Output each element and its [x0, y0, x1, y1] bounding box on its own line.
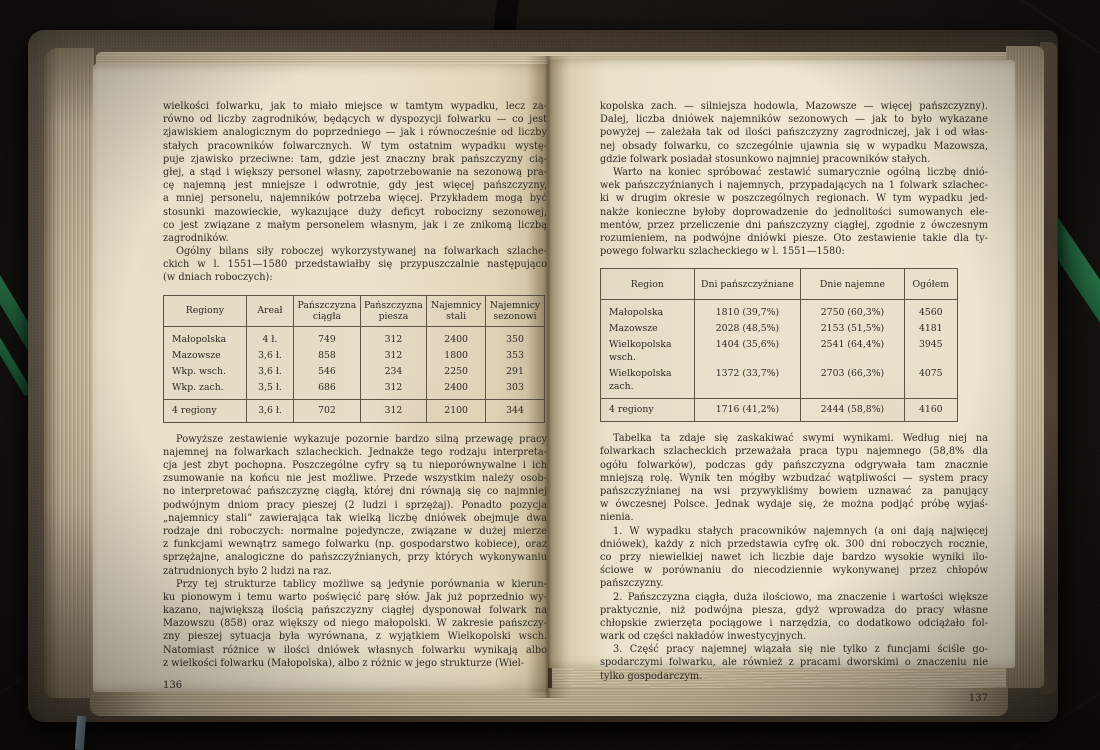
table-cell: 2541 (64,4%) — [800, 337, 903, 366]
table-row: Mazowsze3,6 ł.8583121800353 — [164, 347, 544, 363]
text-line: dniówek), każdy z nich przedstawia cyfrę… — [600, 538, 988, 551]
table-cell: Wkp. wsch. — [164, 363, 246, 379]
text-line: zatrudnionych było 2 ludzi na raz. — [163, 565, 547, 578]
text-line: Tabelka ta zdaje się zaskakiwać swymi wy… — [600, 432, 988, 445]
paragraph: 2. Pańszczyzna ciągła, duża ilościowo, m… — [600, 591, 988, 644]
table-cell: Małopolska — [601, 300, 694, 321]
paragraph: Przy tej strukturze tablicy możliwe są j… — [163, 578, 547, 670]
text-line: tylko gospodarczym. — [600, 670, 988, 683]
text-line: nienia. — [600, 511, 988, 524]
text-line: kopolska zach. — silniejsza hodowla, Maz… — [600, 100, 988, 113]
table-cell: 3,6 ł. — [246, 400, 294, 422]
text-line: Powyższe zestawienie wykazuje pozornie b… — [163, 433, 547, 446]
table-cell: Wielkopolska wsch. — [601, 337, 694, 366]
text-line: stałych pracowników folwarcznych. W tym … — [163, 140, 547, 153]
text-line: Mazowszu (858) oraz większy od niego mał… — [163, 617, 547, 630]
table-cell: Mazowsze — [164, 347, 246, 363]
paragraph: kopolska zach. — silniejsza hodowla, Maz… — [600, 100, 988, 166]
table-row: Mazowsze2028 (48,5%)2153 (51,5%)4181 — [601, 321, 957, 337]
page-left: wielkości folwarku, jak to miało miejsce… — [93, 64, 548, 692]
paragraph: Powyższe zestawienie wykazuje pozornie b… — [163, 433, 547, 578]
table-cell: Najemnicy sezonowi — [485, 296, 544, 326]
paragraph: Warto na koniec spróbować zestawić sumar… — [600, 166, 988, 258]
table-cell: Najemnicy stali — [426, 296, 485, 326]
text-line: ogółu folwarków), podczas gdy pańszczyzn… — [600, 459, 988, 472]
text-line: z wielkości folwarku (Małopolska), albo … — [163, 657, 547, 670]
text-line: „najemnicy stali” zawierająca tak wielką… — [163, 512, 547, 525]
days-summary-table: RegionDni pańszczyźnianeDnie najemneOgół… — [600, 268, 958, 422]
table-cell: Pańszczyzna piesza — [360, 296, 427, 326]
table-cell: Dnie najemne — [800, 269, 903, 299]
page-right: kopolska zach. — silniejsza hodowla, Maz… — [548, 60, 1015, 668]
text-line: wek pańszczyźnianych i najemnych, przypa… — [600, 179, 988, 192]
text-line: zsumowanie na końcu nie jest możliwe. Pr… — [163, 472, 547, 485]
paragraph: wielkości folwarku, jak to miało miejsce… — [163, 100, 547, 245]
table-cell: 312 — [360, 347, 427, 363]
table-cell: 234 — [360, 363, 427, 379]
text-line: cja jest zbyt pochopna. Poszczególne cyf… — [163, 459, 547, 472]
text-line: wark od części nakładów inwestycyjnych. — [600, 630, 988, 643]
table-cell: 291 — [485, 363, 544, 379]
table-total-row: 4 regiony1716 (41,2%)2444 (58,8%)4160 — [601, 398, 957, 421]
table-cell: 3,6 ł. — [246, 363, 294, 379]
text-line: Natomiast różnice w ilości dniówek własn… — [163, 644, 547, 657]
table-cell: 546 — [293, 363, 360, 379]
text-line: 2. Pańszczyzna ciągła, duża ilościowo, m… — [600, 591, 988, 604]
paragraph: 3. Część pracy najemnej wiązała się nie … — [600, 643, 988, 683]
text-line: gdzie folwark posiadał stosunkowo najmni… — [600, 153, 988, 166]
text-column-right: kopolska zach. — silniejsza hodowla, Maz… — [600, 100, 988, 705]
text-line: pańszczyzny. — [600, 577, 988, 590]
table-cell: 4181 — [904, 321, 957, 337]
table-cell: 350 — [485, 327, 544, 348]
text-line: ki w drugim okresie w poszczególnych reg… — [600, 192, 988, 205]
text-line: 3. Część pracy najemnej wiązała się nie … — [600, 643, 988, 656]
table-cell: Małopolska — [164, 327, 246, 348]
table-cell: Ogółem — [904, 269, 957, 299]
text-line: z funkcjami wewnątrz samego folwarku (np… — [163, 538, 547, 551]
text-line: najemnej na folwarkach szlacheckich. Jed… — [163, 446, 547, 459]
text-line: stosunki mazowieckie, wykazujące duży de… — [163, 206, 547, 219]
table-cell: Mazowsze — [601, 321, 694, 337]
page-number-right: 137 — [600, 692, 988, 705]
text-line: rozumieniem, na podwójne dniówki piesze.… — [600, 232, 988, 245]
table-cell: 1800 — [426, 347, 485, 363]
text-line: nej obsady folwarku, co szczególnie ujaw… — [600, 140, 988, 153]
table-cell: Pańszczyzna ciągła — [293, 296, 360, 326]
table-header-row: RegionDni pańszczyźnianeDnie najemneOgół… — [601, 269, 957, 300]
text-line: praktycznie, niż podwójna piesza, gdyż w… — [600, 604, 988, 617]
text-line: chłopskie zwierzęta pociągowe i narzędzi… — [600, 617, 988, 630]
paragraph: 1. W wypadku stałych pracowników najemny… — [600, 525, 988, 591]
table-row: Małopolska4 ł.7493122400350 — [164, 327, 544, 348]
table-cell: 1404 (35,6%) — [694, 337, 801, 366]
table-cell: 858 — [293, 347, 360, 363]
text-line: cę najemną jest mniejsze i odwrotnie, gd… — [163, 179, 547, 192]
table-cell: 4 regiony — [601, 399, 694, 421]
text-line: puje zjawisko przeciwne: tam, gdzie jest… — [163, 153, 547, 166]
text-line: ku pionowym i temu warto poświęcić parę … — [163, 591, 547, 604]
table-header-row: RegionyAreałPańszczyzna ciągłaPańszczyzn… — [164, 296, 544, 327]
table-cell: 1810 (39,7%) — [694, 300, 801, 321]
table-cell: 2400 — [426, 327, 485, 348]
table-cell: 4 ł. — [246, 327, 294, 348]
table-cell: 2250 — [426, 363, 485, 379]
table-cell: 3,5 ł. — [246, 379, 294, 399]
table-cell: 4 regiony — [164, 400, 246, 422]
table-cell: 749 — [293, 327, 360, 348]
paragraph: Ogólny bilans siły roboczej wykorzystywa… — [163, 245, 547, 285]
text-line: Warto na koniec spróbować zestawić sumar… — [600, 166, 988, 179]
text-line: kazano, największą ilością pańszczyzny c… — [163, 604, 547, 617]
table-cell: 686 — [293, 379, 360, 399]
table-row: Małopolska1810 (39,7%)2750 (60,3%)4560 — [601, 300, 957, 321]
table-cell: Wielkopolska zach. — [601, 366, 694, 399]
text-line: a mniej personelu, najemników potrzeba w… — [163, 192, 547, 205]
table-row: Wkp. wsch.3,6 ł.5462342250291 — [164, 363, 544, 379]
text-line: spodarczymi folwarku, ale również z prac… — [600, 656, 988, 669]
text-line: Ogólny bilans siły roboczej wykorzystywa… — [163, 245, 547, 258]
page-edges-left — [44, 48, 94, 698]
table-cell: 4560 — [904, 300, 957, 321]
table-cell: 312 — [360, 327, 427, 348]
table-cell: 4075 — [904, 366, 957, 399]
text-line: sprzężajne, analogiczne do pańszczyźnian… — [163, 551, 547, 564]
text-line: ckich w l. 1551—1580 przedstawiałby się … — [163, 258, 547, 271]
table-cell: 3945 — [904, 337, 957, 366]
table-cell: 1372 (33,7%) — [694, 366, 801, 399]
bookmark-ribbon — [75, 716, 86, 750]
table-cell: 2750 (60,3%) — [800, 300, 903, 321]
table-cell: 312 — [360, 400, 427, 422]
table-cell: 2400 — [426, 379, 485, 399]
text-line: folwarkach szlacheckich przeważała praca… — [600, 445, 988, 458]
table-cell: 2444 (58,8%) — [800, 399, 903, 421]
table-cell: 2153 (51,5%) — [800, 321, 903, 337]
table-row: Wielkopolska zach.1372 (33,7%)2703 (66,3… — [601, 366, 957, 399]
table-cell: Wkp. zach. — [164, 379, 246, 399]
text-line: 1. W wypadku stałych pracowników najemny… — [600, 525, 988, 538]
table-cell: 3,6 ł. — [246, 347, 294, 363]
text-line: równo od liczby zagrodników, będących w … — [163, 113, 547, 126]
table-cell: 303 — [485, 379, 544, 399]
photo-background: wielkości folwarku, jak to miało miejsce… — [0, 0, 1100, 750]
text-line: nakże konieczne byłoby doprowadzenie do … — [600, 206, 988, 219]
text-line: co jest związane z małym personelem włas… — [163, 219, 547, 232]
labor-balance-table: RegionyAreałPańszczyzna ciągłaPańszczyzn… — [163, 295, 545, 423]
text-line: mniejszą rolę. Wynik ten mógłby wzbudzać… — [600, 472, 988, 485]
text-line: zjawiskiem analogicznym do poprzedniego … — [163, 126, 547, 139]
table-body: Małopolska1810 (39,7%)2750 (60,3%)4560 M… — [601, 300, 957, 398]
text-line: głej, a stąd i większy personel własny, … — [163, 166, 547, 179]
table-total-row: 4 regiony3,6 ł.7023122100344 — [164, 399, 544, 422]
table-cell: 2028 (48,5%) — [694, 321, 801, 337]
text-line: Przy tej strukturze tablicy możliwe są j… — [163, 578, 547, 591]
text-line: powego folwarku szlacheckiego w l. 1551—… — [600, 245, 988, 258]
table-body: Małopolska4 ł.7493122400350 Mazowsze3,6 … — [164, 327, 544, 399]
table-cell: 1716 (41,2%) — [694, 399, 801, 421]
text-line: co przy niewielkiej nawet ich liczbie da… — [600, 551, 988, 564]
text-line: zny pieszej sytuacja była wyrównana, z w… — [163, 630, 547, 643]
table-cell: 353 — [485, 347, 544, 363]
text-line: zagrodników. — [163, 232, 547, 245]
table-cell: 702 — [293, 400, 360, 422]
page-number-left: 136 — [163, 679, 547, 692]
text-line: ściowe w porównaniu do niecodziennie wyk… — [600, 564, 988, 577]
table-cell: 2100 — [426, 400, 485, 422]
text-line: no interpretować pańszczyznę ciągłą, któ… — [163, 485, 547, 498]
table-cell: 4160 — [904, 399, 957, 421]
text-line: wielkości folwarku, jak to miało miejsce… — [163, 100, 547, 113]
text-column-left: wielkości folwarku, jak to miało miejsce… — [163, 100, 547, 692]
text-line: podwójnym dniom pracy pieszej (2 ludzi i… — [163, 499, 547, 512]
text-line: rodzaje dni roboczych: normalne pojedync… — [163, 525, 547, 538]
table-row: Wkp. zach.3,5 ł.6863122400303 — [164, 379, 544, 399]
text-line: (w dniach roboczych): — [163, 271, 547, 284]
table-cell: 344 — [485, 400, 544, 422]
text-line: Dalej, liczba dniówek najemników sezonow… — [600, 113, 988, 126]
table-cell: Areał — [246, 296, 294, 326]
table-cell: Regiony — [164, 296, 246, 326]
table-cell: 312 — [360, 379, 427, 399]
text-line: w ówczesnej Polsce. Jednak wydaje się, ż… — [600, 498, 988, 511]
table-row: Wielkopolska wsch.1404 (35,6%)2541 (64,4… — [601, 337, 957, 366]
table-cell: Region — [601, 269, 694, 299]
text-line: powyżej — zależała tak od ilości pańszcz… — [600, 126, 988, 139]
text-line: mentów, przez przeliczenie dni pańszczyz… — [600, 219, 988, 232]
table-cell: Dni pańszczyźniane — [694, 269, 801, 299]
paragraph: Tabelka ta zdaje się zaskakiwać swymi wy… — [600, 432, 988, 524]
text-line: pańszczyźnianej na wsi przywykliśmy bowi… — [600, 485, 988, 498]
table-cell: 2703 (66,3%) — [800, 366, 903, 399]
